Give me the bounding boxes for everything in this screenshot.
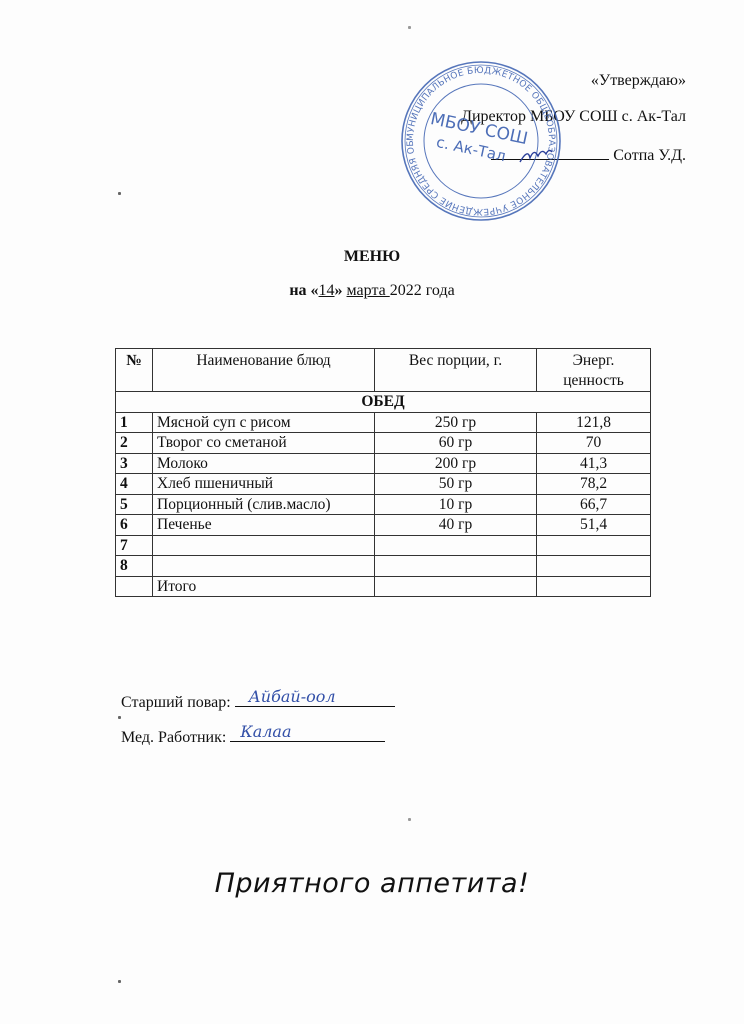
cell-weight: 50 гр bbox=[375, 474, 537, 495]
cell-dish-name: Молоко bbox=[153, 453, 375, 474]
cell-dish-name: Порционный (слив.масло) bbox=[153, 494, 375, 515]
chef-signature: Айбай-оол bbox=[249, 687, 336, 706]
cell-num: 7 bbox=[116, 535, 153, 556]
cell-num bbox=[116, 576, 153, 597]
cell-energy bbox=[537, 556, 651, 577]
cell-weight: 250 гр bbox=[375, 412, 537, 433]
table-row: Итого bbox=[116, 576, 651, 597]
table-header-row: № Наименование блюд Вес порции, г. Энерг… bbox=[116, 349, 651, 392]
medic-label: Мед. Работник: bbox=[121, 729, 226, 746]
scan-speck bbox=[118, 980, 121, 983]
date-month: марта bbox=[347, 282, 390, 299]
cell-weight bbox=[375, 576, 537, 597]
approval-heading: «Утверждаю» bbox=[591, 73, 686, 89]
cell-dish-name: Итого bbox=[153, 576, 375, 597]
cell-dish-name bbox=[153, 556, 375, 577]
medic-signature: Калаа bbox=[240, 722, 291, 741]
cell-energy: 51,4 bbox=[537, 515, 651, 536]
cell-num: 5 bbox=[116, 494, 153, 515]
date-mid: » bbox=[335, 282, 347, 299]
table-row: 1Мясной суп с рисом250 гр121,8 bbox=[116, 412, 651, 433]
cell-dish-name: Хлеб пшеничный bbox=[153, 474, 375, 495]
table-row: 2Творог со сметаной60 гр70 bbox=[116, 433, 651, 454]
cell-dish-name bbox=[153, 535, 375, 556]
cell-energy: 78,2 bbox=[537, 474, 651, 495]
scan-speck bbox=[408, 818, 411, 821]
cell-num: 8 bbox=[116, 556, 153, 577]
cell-weight bbox=[375, 556, 537, 577]
scan-speck bbox=[408, 26, 411, 29]
table-row: 7 bbox=[116, 535, 651, 556]
medic-signature-row: Мед. Работник: Калаа bbox=[121, 725, 385, 747]
date-prefix: на « bbox=[289, 282, 318, 299]
header-weight: Вес порции, г. bbox=[375, 349, 537, 392]
section-lunch: ОБЕД bbox=[116, 392, 651, 413]
table-row: 3Молоко200 гр41,3 bbox=[116, 453, 651, 474]
header-num: № bbox=[116, 349, 153, 392]
chef-label: Старший повар: bbox=[121, 694, 231, 711]
document-date: на «14» марта 2022 года bbox=[0, 282, 744, 300]
chef-signature-line: Айбай-оол bbox=[235, 690, 395, 707]
cell-dish-name: Печенье bbox=[153, 515, 375, 536]
bon-appetit-text: Приятного аппетита! bbox=[0, 868, 744, 899]
cell-dish-name: Мясной суп с рисом bbox=[153, 412, 375, 433]
table-row: 4Хлеб пшеничный50 гр78,2 bbox=[116, 474, 651, 495]
table-row: 5Порционный (слив.масло)10 гр66,7 bbox=[116, 494, 651, 515]
cell-num: 6 bbox=[116, 515, 153, 536]
date-day: 14 bbox=[319, 282, 335, 299]
cell-dish-name: Творог со сметаной bbox=[153, 433, 375, 454]
scan-speck bbox=[118, 192, 121, 195]
chef-signature-row: Старший повар: Айбай-оол bbox=[121, 690, 395, 712]
cell-energy: 70 bbox=[537, 433, 651, 454]
table-row: 8 bbox=[116, 556, 651, 577]
cell-weight: 10 гр bbox=[375, 494, 537, 515]
cell-weight bbox=[375, 535, 537, 556]
date-year: 2022 года bbox=[390, 282, 455, 299]
cell-energy: 66,7 bbox=[537, 494, 651, 515]
scan-speck bbox=[118, 716, 121, 719]
header-name: Наименование блюд bbox=[153, 349, 375, 392]
cell-num: 1 bbox=[116, 412, 153, 433]
cell-energy: 41,3 bbox=[537, 453, 651, 474]
header-energy: Энерг. ценность bbox=[537, 349, 651, 392]
cell-energy bbox=[537, 535, 651, 556]
menu-table: № Наименование блюд Вес порции, г. Энерг… bbox=[115, 348, 651, 597]
medic-signature-line: Калаа bbox=[230, 725, 385, 742]
approval-signatory: Сотпа У.Д. bbox=[613, 147, 686, 164]
cell-num: 2 bbox=[116, 433, 153, 454]
cell-energy: 121,8 bbox=[537, 412, 651, 433]
cell-num: 3 bbox=[116, 453, 153, 474]
cell-weight: 200 гр bbox=[375, 453, 537, 474]
table-row: 6Печенье40 гр51,4 bbox=[116, 515, 651, 536]
school-stamp: МУНИЦИПАЛЬНОЕ БЮДЖЕТНОЕ ОБЩЕОБРАЗОВАТЕЛЬ… bbox=[400, 60, 562, 222]
cell-weight: 40 гр bbox=[375, 515, 537, 536]
cell-weight: 60 гр bbox=[375, 433, 537, 454]
section-row: ОБЕД bbox=[116, 392, 651, 413]
cell-energy bbox=[537, 576, 651, 597]
cell-num: 4 bbox=[116, 474, 153, 495]
document-title: МЕНЮ bbox=[0, 248, 744, 266]
